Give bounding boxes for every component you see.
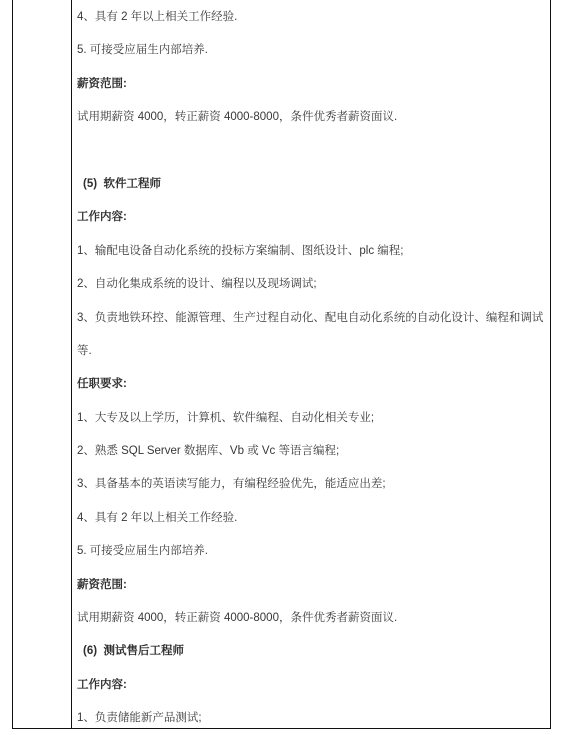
field-label: 任职要求: bbox=[77, 368, 546, 401]
table-left-column-empty bbox=[13, 0, 72, 728]
field-label: 工作内容: bbox=[77, 669, 546, 702]
paragraph-line: 5. 可接受应届生内部培养. bbox=[77, 535, 546, 568]
empty-line bbox=[77, 135, 546, 168]
paragraph-line: 试用期薪资 4000，转正薪资 4000-8000，条件优秀者薪资面议. bbox=[77, 602, 546, 635]
paragraph-line: 4、具有 2 年以上相关工作经验. bbox=[77, 1, 546, 34]
paragraph-line: 3、负责地铁环控、能源管理、生产过程自动化、配电自动化系统的自动化设计、编程和调… bbox=[77, 302, 546, 335]
section-heading: (6) 测试售后工程师 bbox=[77, 635, 546, 668]
section-heading: (5) 软件工程师 bbox=[77, 168, 546, 201]
paragraph-line: 等. bbox=[77, 335, 546, 368]
paragraph-line: 1、负责储能新产品测试; bbox=[77, 702, 546, 728]
paragraph-line: 试用期薪资 4000，转正薪资 4000-8000，条件优秀者薪资面议. bbox=[77, 101, 546, 134]
paragraph-line: 1、输配电设备自动化系统的投标方案编制、图纸设计、plc 编程; bbox=[77, 235, 546, 268]
job-description-cell: 4、具有 2 年以上相关工作经验.5. 可接受应届生内部培养.薪资范围:试用期薪… bbox=[72, 0, 550, 728]
field-label: 工作内容: bbox=[77, 201, 546, 234]
paragraph-line: 3、具备基本的英语读写能力，有编程经验优先，能适应出差; bbox=[77, 468, 546, 501]
paragraph-line: 1、大专及以上学历，计算机、软件编程、自动化相关专业; bbox=[77, 402, 546, 435]
field-label: 薪资范围: bbox=[77, 68, 546, 101]
paragraph-line: 4、具有 2 年以上相关工作经验. bbox=[77, 502, 546, 535]
paragraph-line: 2、熟悉 SQL Server 数据库、Vb 或 Vc 等语言编程; bbox=[77, 435, 546, 468]
document-page: 4、具有 2 年以上相关工作经验.5. 可接受应届生内部培养.薪资范围:试用期薪… bbox=[0, 0, 561, 735]
paragraph-line: 5. 可接受应届生内部培养. bbox=[77, 34, 546, 67]
field-label: 薪资范围: bbox=[77, 569, 546, 602]
job-description-table: 4、具有 2 年以上相关工作经验.5. 可接受应届生内部培养.薪资范围:试用期薪… bbox=[12, 0, 551, 729]
paragraph-line: 2、自动化集成系统的设计、编程以及现场调试; bbox=[77, 268, 546, 301]
